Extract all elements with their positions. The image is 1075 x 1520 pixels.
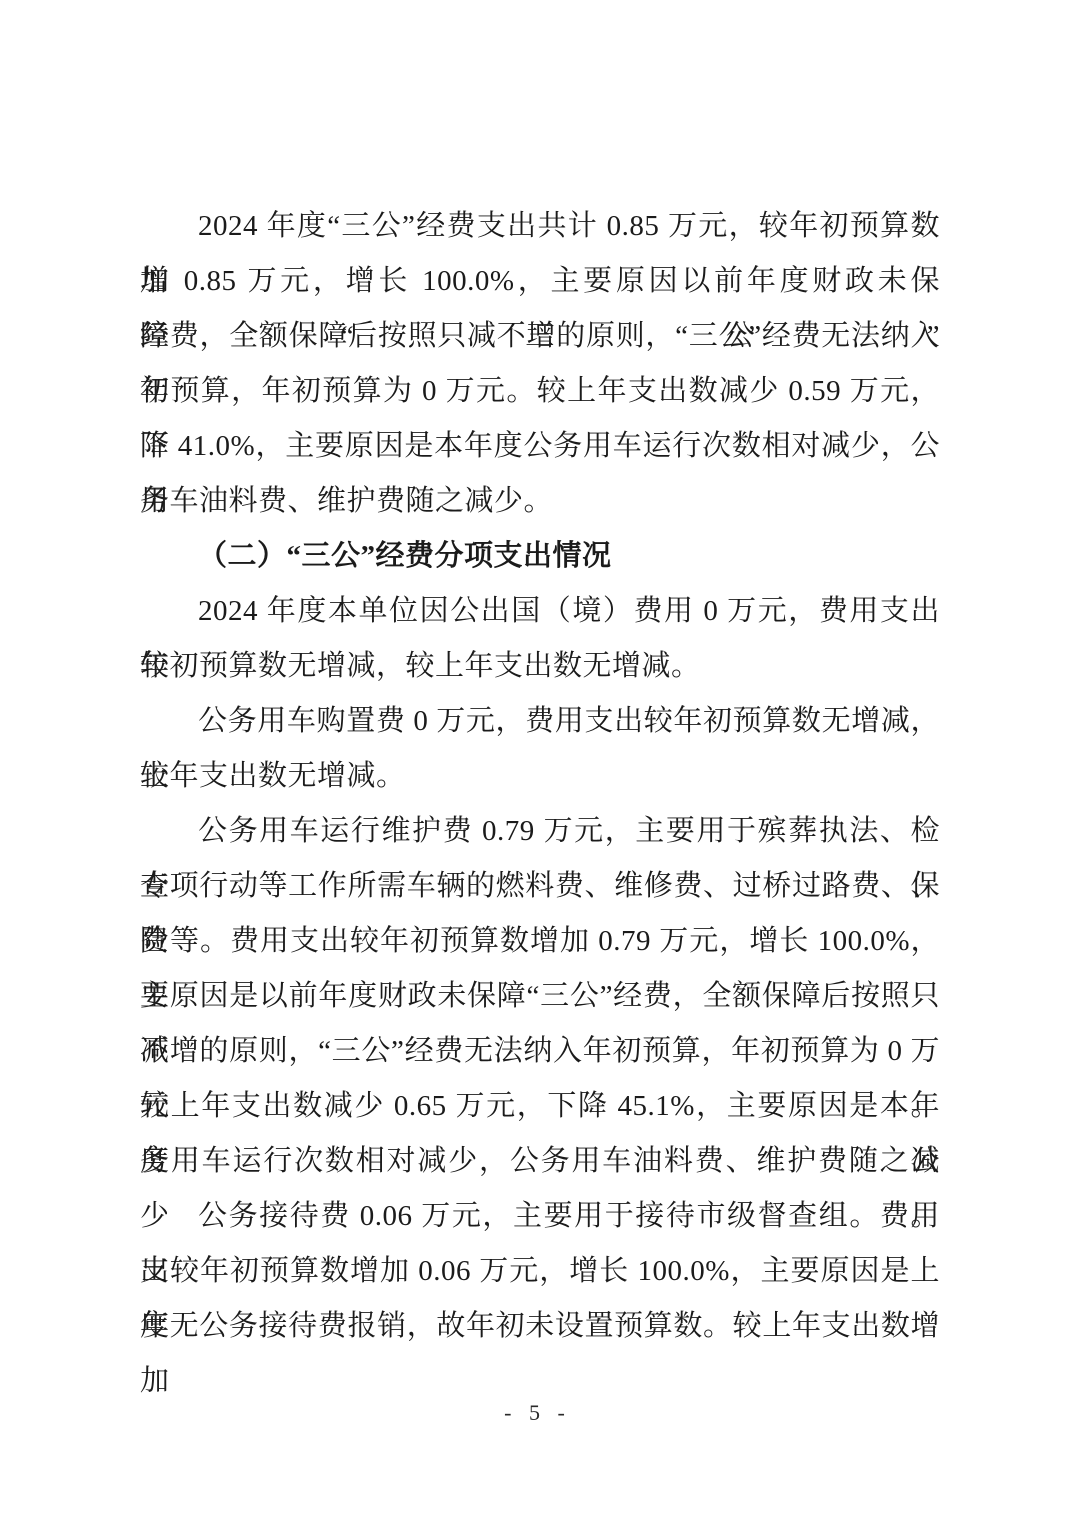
text-line: 要原因是以前年度财政未保障“三公”经费，全额保障后按照只减 <box>140 969 940 1024</box>
document-body: 2024 年度“三公”经费支出共计 0.85 万元，较年初预算数增加 0.85 … <box>140 199 940 1354</box>
heading-line: （二）“三公”经费分项支出情况 <box>140 529 940 584</box>
text-line: 费等。费用支出较年初预算数增加 0.79 万元，增长 100.0%，主 <box>140 914 940 969</box>
text-line: 用车油料费、维护费随之减少。 <box>140 474 940 529</box>
text-line: 较上年支出数减少 0.65 万元，下降 45.1%，主要原因是本年度公 <box>140 1079 940 1134</box>
text-line: 上年支出数无增减。 <box>140 749 940 804</box>
text-line: 年初预算数无增减，较上年支出数无增减。 <box>140 639 940 694</box>
heading-section-two: （二）“三公”经费分项支出情况 <box>140 529 940 584</box>
text-line: 公务用车购置费 0 万元，费用支出较年初预算数无增减，较 <box>140 694 940 749</box>
text-line: 公务用车运行维护费 0.79 万元，主要用于殡葬执法、检查、 <box>140 804 940 859</box>
text-line: 务用车运行次数相对减少，公务用车油料费、维护费随之减少。 <box>140 1134 940 1189</box>
para-overseas-trips: 2024 年度本单位因公出国（境）费用 0 万元，费用支出较年初预算数无增减，较… <box>140 584 940 694</box>
text-line: 经费，全额保障后按照只减不增的原则，“三公”经费无法纳入年 <box>140 309 940 364</box>
text-line: 出较年初预算数增加 0.06 万元，增长 100.0%，主要原因是上年 <box>140 1244 940 1299</box>
text-line: 2024 年度本单位因公出国（境）费用 0 万元，费用支出较 <box>140 584 940 639</box>
text-line: 降 41.0%，主要原因是本年度公务用车运行次数相对减少，公务 <box>140 419 940 474</box>
text-line: 公务接待费 0.06 万元，主要用于接待市级督查组。费用支 <box>140 1189 940 1244</box>
para-vehicle-purchase: 公务用车购置费 0 万元，费用支出较年初预算数无增减，较上年支出数无增减。 <box>140 694 940 804</box>
para-sangong-total: 2024 年度“三公”经费支出共计 0.85 万元，较年初预算数增加 0.85 … <box>140 199 940 529</box>
para-vehicle-maintenance: 公务用车运行维护费 0.79 万元，主要用于殡葬执法、检查、专项行动等工作所需车… <box>140 804 940 1189</box>
text-line: 加 0.85 万元，增长 100.0%，主要原因以前年度财政未保障“三公” <box>140 254 940 309</box>
text-line: 不增的原则，“三公”经费无法纳入年初预算，年初预算为 0 万元。 <box>140 1024 940 1079</box>
text-line: 专项行动等工作所需车辆的燃料费、维修费、过桥过路费、保险 <box>140 859 940 914</box>
para-official-reception: 公务接待费 0.06 万元，主要用于接待市级督查组。费用支出较年初预算数增加 0… <box>140 1189 940 1354</box>
document-page: 2024 年度“三公”经费支出共计 0.85 万元，较年初预算数增加 0.85 … <box>0 0 1075 1520</box>
text-line: 度无公务接待费报销，故年初未设置预算数。较上年支出数增加 <box>140 1299 940 1354</box>
text-line: 2024 年度“三公”经费支出共计 0.85 万元，较年初预算数增 <box>140 199 940 254</box>
page-number: - 5 - <box>0 1398 1075 1428</box>
text-line: 初预算，年初预算为 0 万元。较上年支出数减少 0.59 万元，下 <box>140 364 940 419</box>
